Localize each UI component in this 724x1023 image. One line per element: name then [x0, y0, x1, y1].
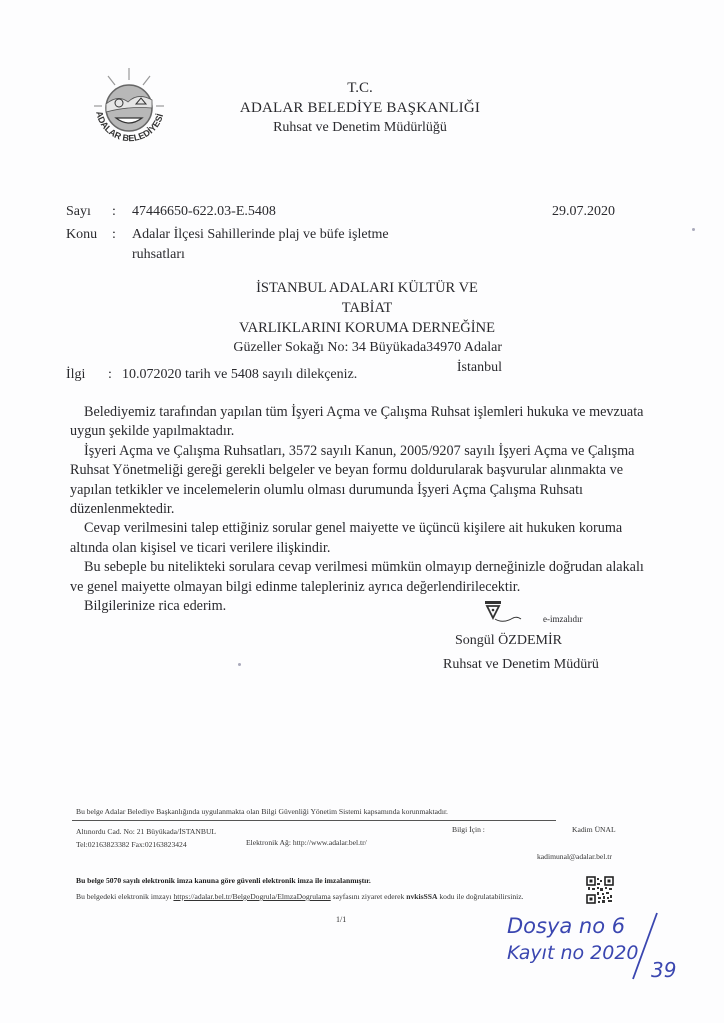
ilgi-label: İlgi [66, 367, 108, 383]
street-address: Altınordu Cad. No: 21 Büyükada/İSTANBUL [76, 825, 216, 838]
recipient-line-1: İSTANBUL ADALARI KÜLTÜR VE TABİAT [232, 278, 502, 318]
document-date: 29.07.2020 [552, 204, 615, 220]
verify-prefix: Bu belgedeki elektronik imzayı [76, 892, 173, 901]
body-paragraph: Bu sebeple bu nitelikteki sorulara cevap… [70, 558, 650, 597]
esign-note: e-imzalıdır [543, 614, 582, 624]
sayi-label: Sayı [66, 202, 112, 222]
recipient-line-2: VARLIKLARINI KORUMA DERNEĞİNE [232, 318, 502, 338]
verify-suffix: kodu ile doğrulatabilirsiniz. [437, 892, 523, 901]
letterhead: T.C. ADALAR BELEDİYE BAŞKANLIĞI Ruhsat v… [220, 78, 500, 138]
konu-label: Konu [66, 225, 112, 245]
signer-title: Ruhsat ve Denetim Müdürü [443, 657, 599, 673]
page-number: 1/1 [336, 915, 346, 924]
contact-email[interactable]: kadimunal@adalar.bel.tr [537, 852, 612, 861]
ilgi-colon: : [108, 367, 122, 383]
handwritten-line-1: Dosya no 6 [507, 914, 625, 938]
contact-name: Kadim ÜNAL [572, 825, 616, 834]
info-label: Bilgi İçin : [452, 825, 485, 834]
signer-name: Songül ÖZDEMİR [455, 633, 562, 649]
fountain-pen-icon [483, 600, 523, 628]
ilgi-value: 10.072020 tarih ve 5408 sayılı dilekçeni… [122, 367, 357, 382]
municipality-logo: ADALAR BELEDİYESİ [88, 66, 206, 166]
verify-middle: sayfasını ziyaret ederek [331, 892, 406, 901]
handwritten-annotation: Dosya no 6 Kayıt no 2020 39 [505, 905, 685, 985]
recipient-address-1: Güzeller Sokağı No: 34 Büyükada34970 Ada… [232, 338, 502, 358]
handwritten-line-2: Kayıt no 2020 [507, 942, 639, 964]
letter-body: Belediyemiz tarafından yapılan tüm İşyer… [70, 403, 650, 616]
adalar-belediyesi-emblem-icon: ADALAR BELEDİYESİ [88, 66, 206, 166]
handwritten-line-3: 39 [651, 958, 676, 982]
recipient-block: İSTANBUL ADALARI KÜLTÜR VE TABİAT VARLIK… [232, 278, 502, 378]
verification-link[interactable]: https://adalar.bel.tr/BelgeDogrula/Elmza… [173, 892, 330, 901]
body-paragraph: İşyeri Açma ve Çalışma Ruhsatları, 3572 … [70, 442, 650, 520]
subject-row: Konu:Adalar İlçesi Sahillerinde plaj ve … [66, 225, 446, 265]
footer-divider [72, 820, 556, 821]
organization-name: ADALAR BELEDİYE BAŞKANLIĞI [220, 98, 500, 118]
konu-value: Adalar İlçesi Sahillerinde plaj ve büfe … [132, 225, 422, 265]
scan-speck [692, 228, 695, 231]
footer-address: Altınordu Cad. No: 21 Büyükada/İSTANBUL … [76, 825, 216, 851]
reference-row: İlgi:10.072020 tarih ve 5408 sayılı dile… [66, 367, 357, 383]
scan-speck [238, 663, 241, 666]
phone-fax: Tel:02163823382 Fax:02163823424 [76, 838, 216, 851]
verification-code: nvkisSSA [406, 892, 437, 901]
konu-colon: : [112, 225, 132, 245]
reference-number-row: Sayı:47446650-622.03-E.5408 [66, 202, 276, 222]
body-paragraph: Cevap verilmesini talep ettiğiniz sorula… [70, 519, 650, 558]
website-link[interactable]: Elektronik Ağ: http://www.adalar.bel.tr/ [246, 838, 367, 847]
security-note: Bu belge Adalar Belediye Başkanlığında u… [76, 807, 448, 816]
department-name: Ruhsat ve Denetim Müdürlüğü [220, 118, 500, 138]
verification-note: Bu belgedeki elektronik imzayı https://a… [76, 892, 556, 902]
qr-code-icon[interactable] [586, 876, 614, 904]
body-paragraph: Belediyemiz tarafından yapılan tüm İşyer… [70, 403, 650, 442]
esign-law-note: Bu belge 5070 sayılı elektronik imza kan… [76, 876, 371, 885]
sayi-value: 47446650-622.03-E.5408 [132, 204, 276, 219]
tc-label: T.C. [220, 78, 500, 98]
sayi-colon: : [112, 202, 132, 222]
